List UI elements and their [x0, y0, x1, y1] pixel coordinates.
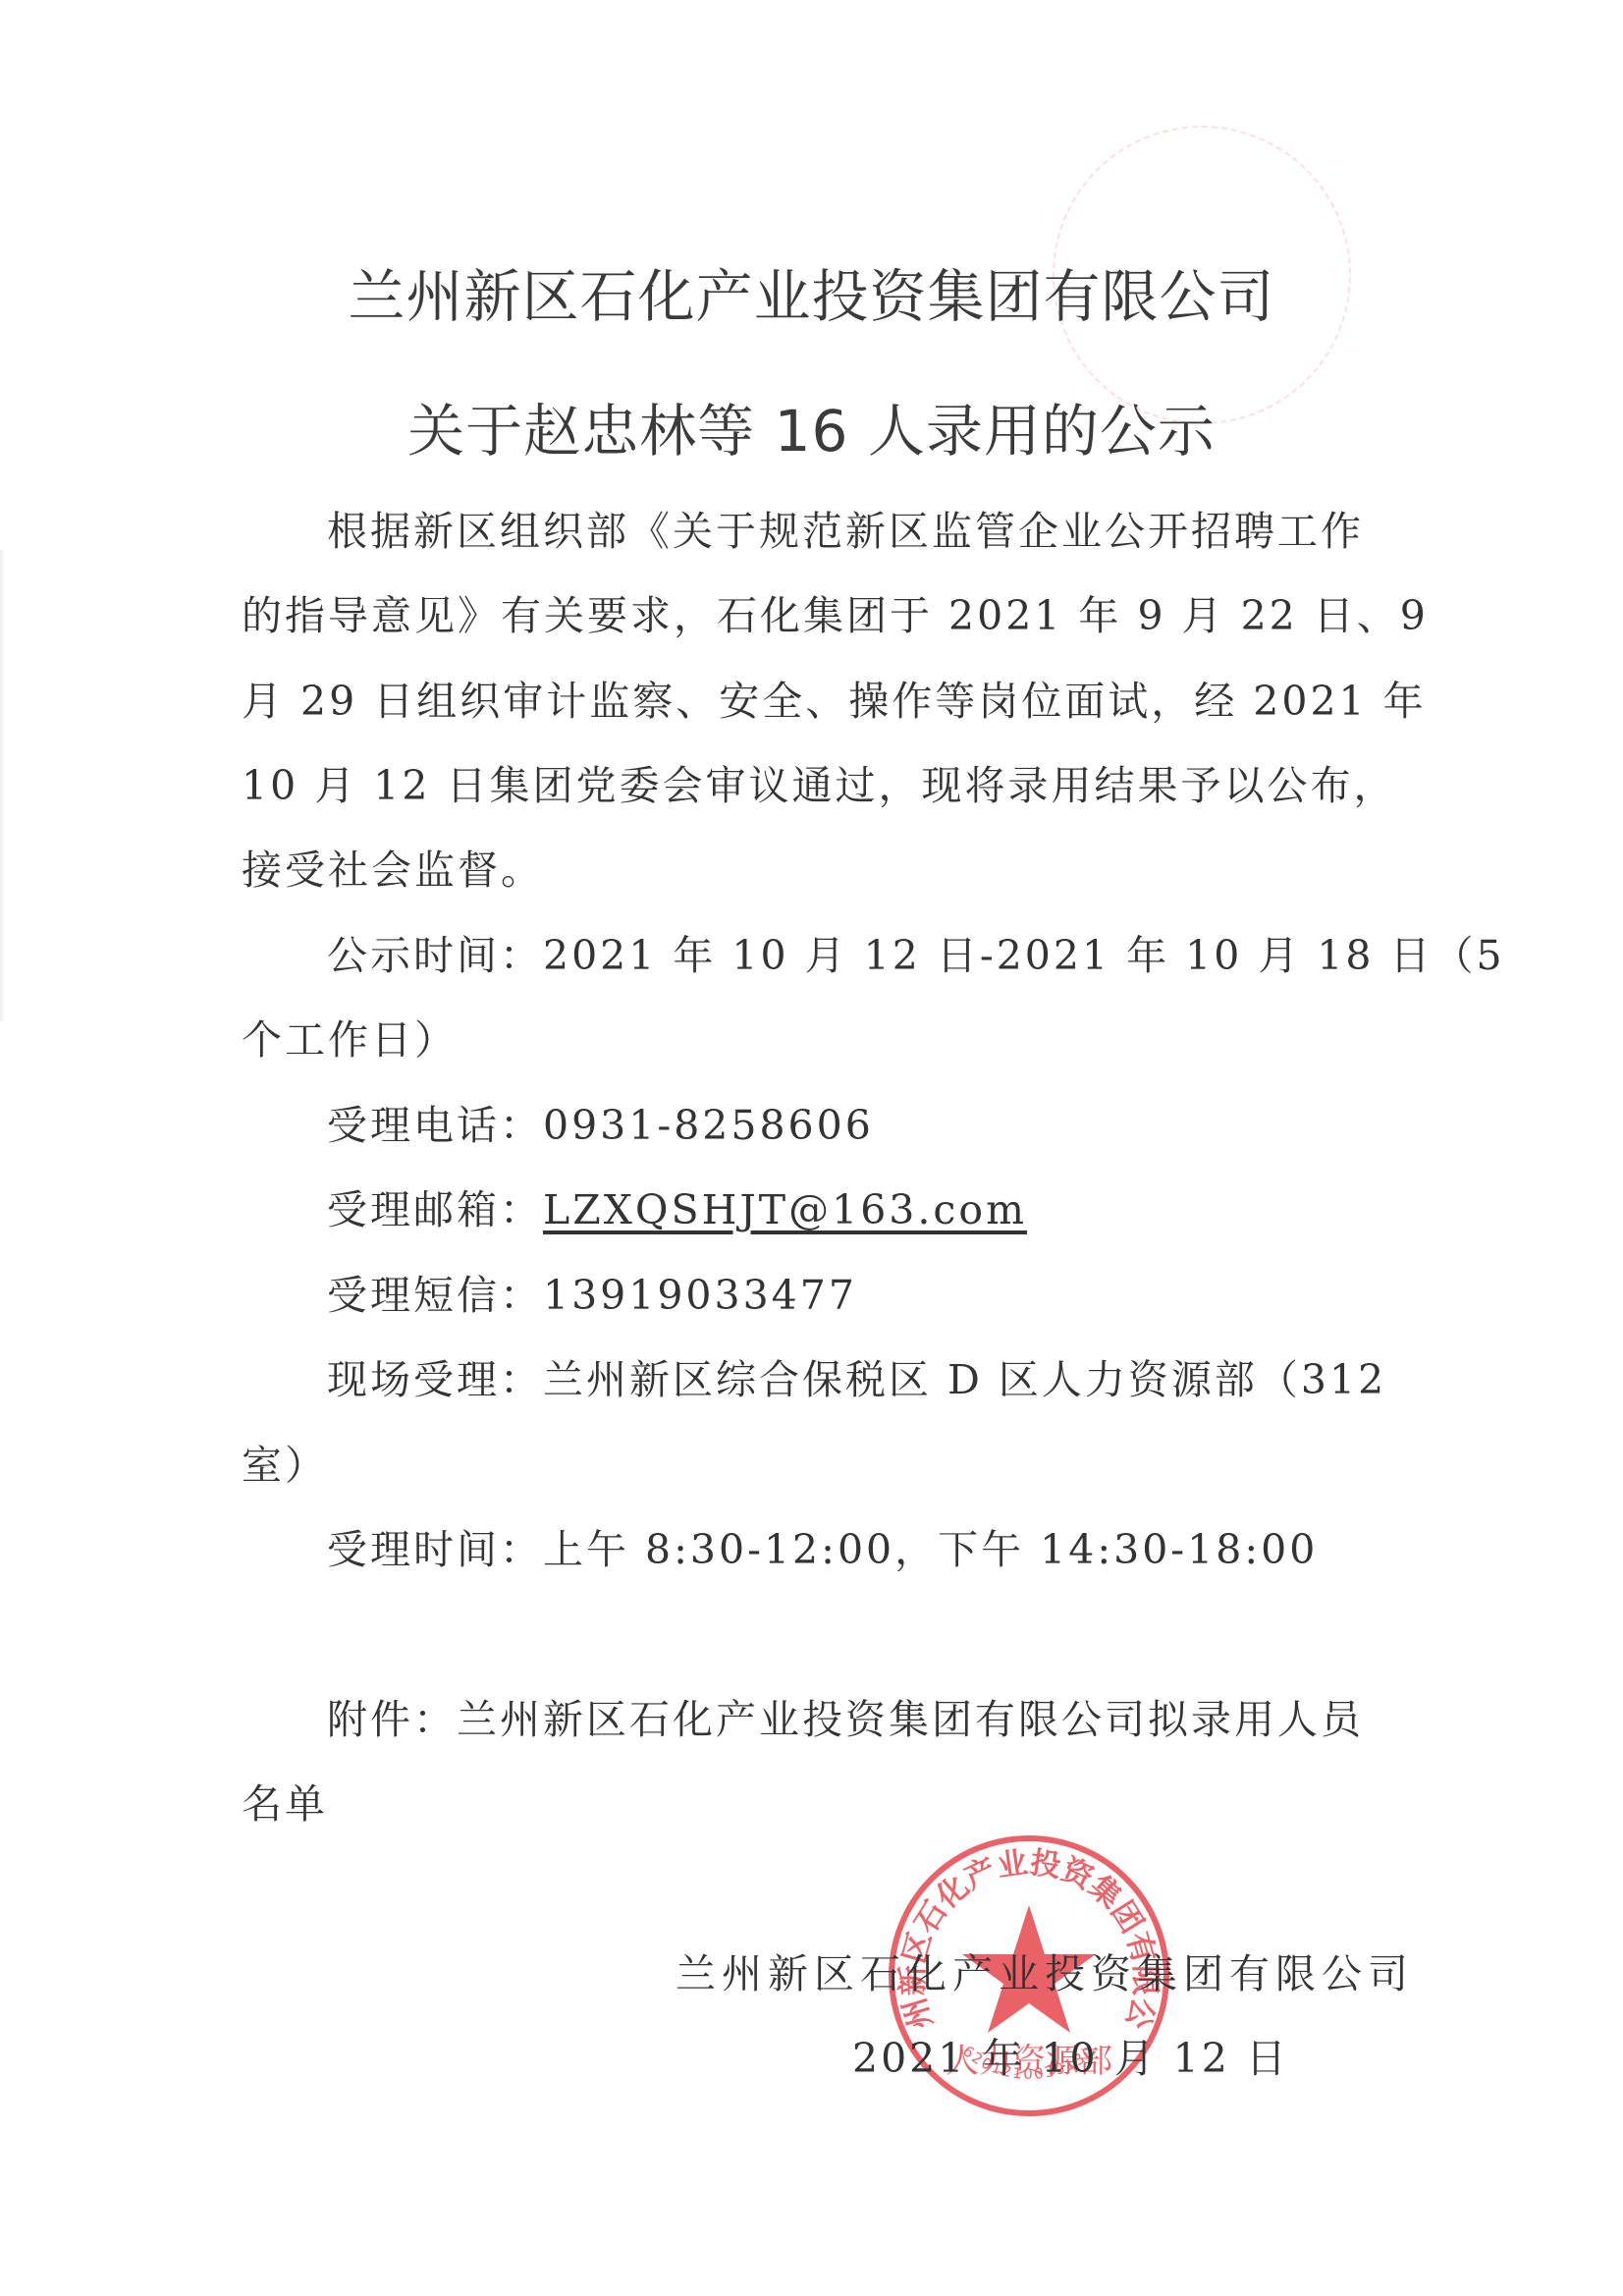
publicity-period-line-1: 公示时间：2021 年 10 月 12 日-2021 年 10 月 18 日（5 — [327, 923, 1505, 981]
office-hours: 受理时间：上午 8:30-12:00，下午 14:30-18:00 — [327, 1517, 1318, 1575]
body-line-2: 的指导意见》有关要求，石化集团于 2021 年 9 月 22 日、9 — [242, 583, 1429, 641]
onsite-address-line-1: 现场受理：兰州新区综合保税区 D 区人力资源部（312 — [327, 1347, 1386, 1405]
body-line-5: 接受社会监督。 — [242, 838, 544, 896]
attachment-line-1: 附件：兰州新区石化产业投资集团有限公司拟录用人员 — [327, 1687, 1364, 1745]
body-line-1: 根据新区组织部《关于规范新区监管企业公开招聘工作 — [327, 499, 1364, 557]
document-title-line-2: 关于赵忠林等 16 人录用的公示 — [0, 385, 1623, 467]
contact-email: 受理邮箱：LZXQSHJT@163.com — [327, 1177, 1027, 1235]
body-line-3: 月 29 日组织审计监察、安全、操作等岗位面试，经 2021 年 — [242, 669, 1427, 727]
signature-date: 2021 年 10 月 12 日 — [852, 2026, 1289, 2084]
contact-email-label: 受理邮箱： — [327, 1186, 543, 1233]
signature-organization: 兰州新区石化产业投资集团有限公司 — [676, 1941, 1414, 1999]
scan-edge-shadow — [0, 550, 5, 1021]
contact-email-link[interactable]: LZXQSHJT@163.com — [543, 1186, 1027, 1233]
contact-sms: 受理短信：13919033477 — [327, 1263, 857, 1321]
onsite-address-line-2: 室） — [242, 1433, 328, 1491]
contact-sms-value: 13919033477 — [543, 1272, 857, 1319]
attachment-line-2: 名单 — [242, 1772, 328, 1830]
document-page: 兰州新区石化产业投资集团有限公司 关于赵忠林等 16 人录用的公示 根据新区组织… — [0, 0, 1623, 2296]
contact-phone-value: 0931-8258606 — [543, 1102, 874, 1149]
contact-phone-label: 受理电话： — [327, 1102, 543, 1149]
publicity-period-line-2: 个工作日） — [242, 1008, 458, 1066]
contact-phone: 受理电话：0931-8258606 — [327, 1093, 874, 1151]
contact-sms-label: 受理短信： — [327, 1272, 543, 1319]
body-line-4: 10 月 12 日集团党委会审议通过，现将录用结果予以公布， — [242, 753, 1396, 811]
document-title-line-1: 兰州新区石化产业投资集团有限公司 — [0, 250, 1623, 333]
